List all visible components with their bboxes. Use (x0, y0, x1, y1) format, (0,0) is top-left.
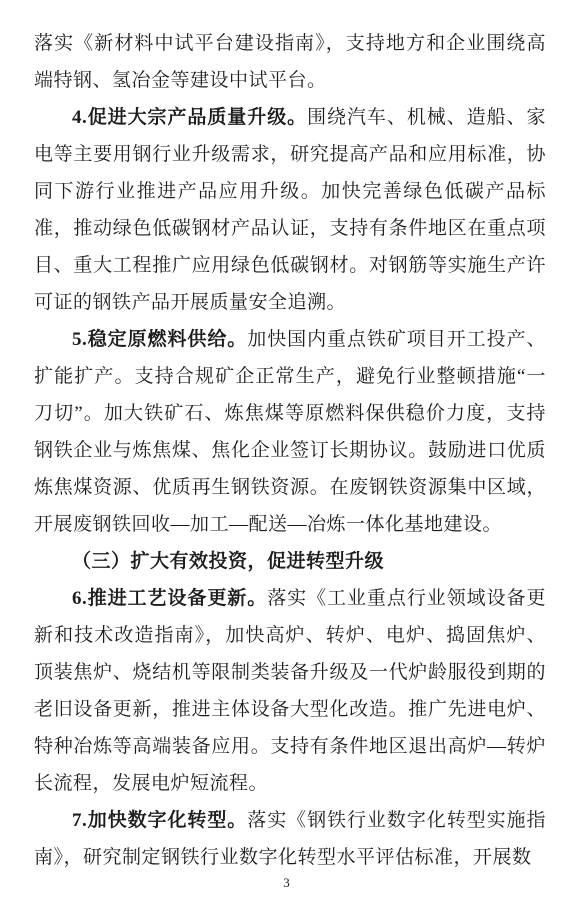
paragraph-item-4: 4.促进大宗产品质量升级。围绕汽车、机械、造船、家电等主要用钢行业升级需求，研究… (34, 99, 546, 321)
text-run: 围绕汽车、机械、造船、家电等主要用钢行业升级需求，研究提高产品和应用标准，协同下… (34, 107, 546, 313)
paragraph-item-5: 5.稳定原燃料供给。加快国内重点铁矿项目开工投产、扩能扩产。支持合规矿企正常生产… (34, 321, 546, 543)
section-heading-text: （三）扩大有效投资，促进转型升级 (72, 551, 384, 572)
page-number: 3 (0, 875, 573, 891)
document-body: 落实《新材料中试平台建设指南》，支持地方和企业围绕高端特钢、氢冶金等建设中试平台… (34, 25, 546, 876)
text-run: 落实《工业重点行业领域设备更新和技术改造指南》，加快高炉、转炉、电炉、捣固焦炉、… (34, 588, 546, 794)
section-heading: （三）扩大有效投资，促进转型升级 (34, 543, 546, 580)
item-6-heading: 6.推进工艺设备更新。 (72, 588, 267, 609)
paragraph-item-6: 6.推进工艺设备更新。落实《工业重点行业领域设备更新和技术改造指南》，加快高炉、… (34, 580, 546, 802)
item-5-heading: 5.稳定原燃料供给。 (72, 329, 247, 350)
paragraph-item-7: 7.加快数字化转型。落实《钢铁行业数字化转型实施指南》，研究制定钢铁行业数字化转… (34, 802, 546, 876)
text-run: 加快国内重点铁矿项目开工投产、扩能扩产。支持合规矿企正常生产，避免行业整顿措施“… (34, 329, 546, 535)
item-7-heading: 7.加快数字化转型。 (72, 810, 247, 831)
paragraph-continued: 落实《新材料中试平台建设指南》，支持地方和企业围绕高端特钢、氢冶金等建设中试平台… (34, 25, 546, 99)
document-page: 落实《新材料中试平台建设指南》，支持地方和企业围绕高端特钢、氢冶金等建设中试平台… (0, 0, 573, 910)
text-run: 落实《新材料中试平台建设指南》，支持地方和企业围绕高端特钢、氢冶金等建设中试平台… (34, 33, 546, 91)
item-4-heading: 4.促进大宗产品质量升级。 (72, 107, 307, 128)
